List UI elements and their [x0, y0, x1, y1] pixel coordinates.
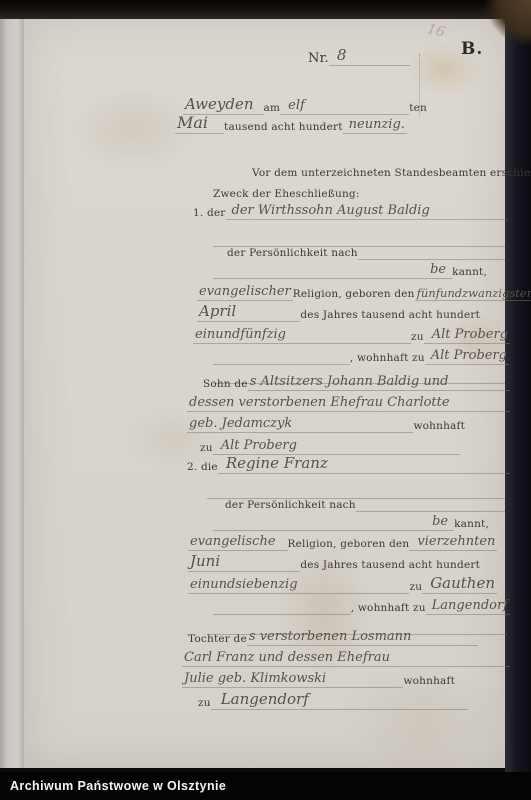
ruled-line [450, 389, 510, 391]
groom-birth-month-row: April des Jahres tausend acht hundert [197, 304, 480, 322]
groom-residence-label: , wohnhaft zu [350, 353, 425, 365]
ruled-line [311, 708, 468, 710]
ruled-line [330, 472, 510, 474]
groom-birth-day: fünfundzwanzigsten [415, 287, 531, 301]
bride-religion-label: Religion, geboren den [288, 539, 410, 551]
groom-residence: Alt Proberg [429, 349, 509, 365]
intro-line1: Vor dem unterzeichneten Standesbeamten e… [252, 168, 531, 180]
bride-name-row: 2. die Regine Franz [187, 456, 510, 474]
intro-line2-row: Zweck der Eheschließung: [213, 183, 360, 201]
groom-identity-label: der Persönlichkeit nach [227, 248, 358, 260]
groom-year-label: des Jahres tausend acht hundert [300, 310, 480, 322]
bride-parents-row-3: Julie geb. Klimkowski wohnhaft [182, 670, 455, 688]
ruled-line [213, 529, 430, 531]
bride-residence-row: , wohnhaft zu Langendorf [213, 597, 510, 615]
bride-residence-label: , wohnhaft zu [351, 603, 426, 615]
bride-parents-row-1: Tochter de s verstorbenen Losmann [188, 628, 478, 646]
archive-label: Archiwum Państwowe w Olsztynie [10, 779, 226, 793]
bride-parents-residence-row: zu Langendorf [198, 692, 468, 710]
intro-line2: Zweck der Eheschließung: [213, 189, 360, 201]
dateline-am-label: am [264, 103, 281, 115]
groom-zu2-label: zu [200, 443, 213, 455]
bride-parents-label: Tochter de [188, 634, 247, 646]
bride-zu-label: zu [409, 582, 422, 594]
bride-birth-year: einundsiebenzig [188, 578, 300, 594]
ruled-line [392, 665, 510, 667]
bride-birth-place: Gauthen [428, 576, 497, 594]
ruled-line [348, 64, 410, 66]
pencil-folio-number: 16 [425, 21, 446, 41]
ruled-line [211, 708, 219, 710]
groom-known-label: kannt, [452, 267, 487, 279]
groom-item-label: 1. der [193, 208, 226, 220]
ruled-line [238, 320, 300, 322]
groom-identity-row: der Persönlichkeit nach [227, 242, 505, 260]
bride-parents-line2: Carl Franz und dessen Ehefrau [182, 651, 392, 667]
groom-birth-month: April [197, 304, 238, 322]
ruled-line [356, 510, 505, 512]
ruled-line [213, 277, 428, 279]
intro-line1-row: Vor dem unterzeichneten Standesbeamten e… [252, 162, 531, 180]
ruled-line [294, 431, 413, 433]
groom-religion: evangelischer [197, 285, 293, 301]
groom-residence-row: , wohnhaft zu Alt Proberg [213, 347, 509, 365]
groom-parents-line1: s Altsitzers Johann Baldig und [248, 375, 451, 391]
groom-name: der Wirthssohn August Baldig [230, 204, 432, 220]
bride-birth-day: vierzehnten [415, 535, 497, 551]
ruled-line [432, 218, 508, 220]
bride-religion: evangelische [188, 535, 278, 551]
bride-identity-label: der Persönlichkeit nach [225, 500, 356, 512]
groom-parents-label: Sohn de [203, 379, 248, 391]
ruled-line [288, 342, 411, 344]
bride-known-row: be kannt, [213, 513, 489, 531]
groom-birth-place: Alt Proberg [430, 328, 510, 344]
record-number-row: Nr. 8 [308, 48, 410, 66]
ruled-line [358, 258, 505, 260]
bride-residence: Langendorf [430, 599, 510, 615]
groom-parents-line2: dessen verstorbenen Ehefrau Charlotte [187, 396, 452, 412]
ruled-line [300, 592, 410, 594]
bride-religion-row: evangelische Religion, geboren den vierz… [188, 533, 510, 551]
bride-parents-residence: Langendorf [219, 692, 311, 710]
dateline-year-row: Mai tausend acht hundert neunzig. [175, 116, 443, 134]
bride-birth-year-row: einundsiebenzig zu Gauthen [188, 576, 497, 594]
bride-name: Regine Franz [224, 456, 330, 474]
record-number-label: Nr. [308, 52, 329, 66]
bride-known-label: kannt, [454, 519, 489, 531]
ruled-line [213, 613, 351, 615]
bride-birth-month-row: Juni des Jahres tausend acht hundert [188, 554, 480, 572]
bride-zu2-label: zu [198, 698, 211, 710]
groom-parents-line3: geb. Jedamczyk [187, 417, 294, 433]
scanned-register-page: B. 16 Nr. 8 Aweyden am elf ten Mai tause… [0, 0, 531, 800]
bride-year-label: des Jahres tausend acht hundert [300, 560, 480, 572]
register-form: B. 16 Nr. 8 Aweyden am elf ten Mai tause… [0, 0, 531, 800]
ruled-line [328, 686, 403, 688]
ruled-line [307, 113, 409, 115]
groom-religion-label: Religion, geboren den [293, 289, 415, 301]
dateline-year: neunzig. [347, 118, 407, 134]
bride-known-written: be [430, 515, 450, 531]
groom-parents-row-3: geb. Jedamczyk wohnhaft [187, 415, 465, 433]
groom-religion-row: evangelischer Religion, geboren den fünf… [197, 283, 510, 301]
record-number-value: 8 [335, 48, 349, 66]
bride-identity-row: der Persönlichkeit nach [225, 494, 505, 512]
ruled-line [210, 132, 224, 134]
bride-parents-row-2: Carl Franz und dessen Ehefrau [182, 649, 510, 667]
dateline-hundred-label: tausend acht hundert [224, 122, 343, 134]
groom-wohnhaft-label: wohnhaft [413, 421, 465, 433]
groom-zu-label: zu [411, 332, 424, 344]
bride-parents-line3: Julie geb. Klimkowski [182, 672, 328, 688]
groom-known-row: be kannt, [213, 261, 487, 279]
groom-known-written: be [428, 263, 448, 279]
groom-parents-row-1: Sohn de s Altsitzers Johann Baldig und [203, 373, 510, 391]
ruled-line [278, 549, 288, 551]
bride-birth-month: Juni [188, 554, 222, 572]
groom-parents-residence-row: zu Alt Proberg [200, 437, 460, 455]
groom-parents-residence: Alt Proberg [219, 439, 299, 455]
groom-name-row: 1. der der Wirthssohn August Baldig [193, 202, 508, 220]
ruled-line [213, 363, 350, 365]
ruled-line [452, 410, 510, 412]
ruled-line [222, 570, 300, 572]
groom-birth-year: einundfünfzig [193, 328, 288, 344]
bride-parents-line1: s verstorbenen Losmann [247, 630, 414, 646]
dateline-ten-label: ten [409, 103, 427, 115]
groom-parents-row-2: dessen verstorbenen Ehefrau Charlotte [187, 394, 510, 412]
ruled-line [256, 113, 264, 115]
archive-watermark-bar: Archiwum Państwowe w Olsztynie [0, 772, 531, 800]
form-letter-b: B. [461, 39, 483, 59]
dateline-month: Mai [175, 115, 210, 134]
bride-item-label: 2. die [187, 462, 218, 474]
dateline-day: elf [286, 99, 307, 115]
ruled-line [413, 644, 478, 646]
bride-wohnhaft-label: wohnhaft [403, 676, 455, 688]
dateline-place-row: Aweyden am elf ten [183, 97, 427, 115]
groom-birth-year-row: einundfünfzig zu Alt Proberg [193, 326, 510, 344]
